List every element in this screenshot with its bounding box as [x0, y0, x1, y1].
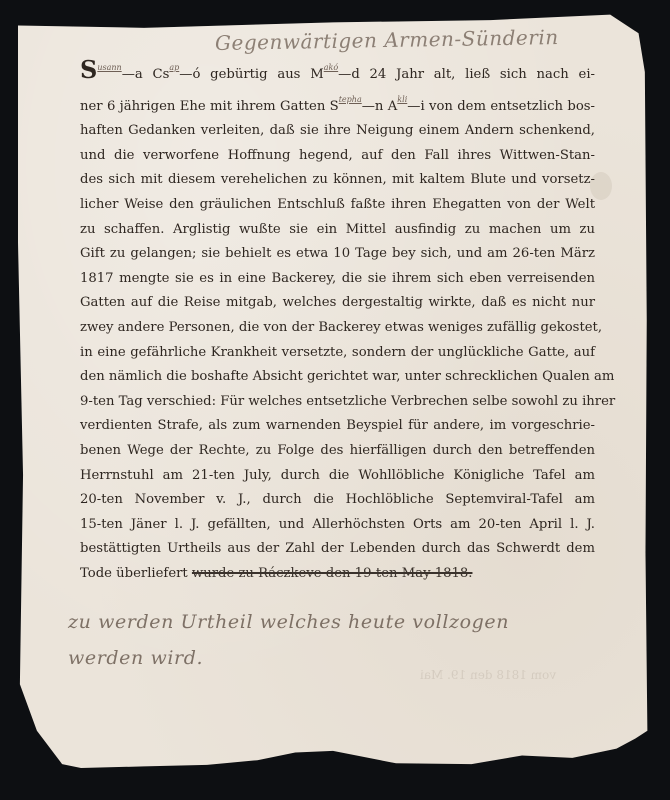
text-segment: ner 6 jährigen Ehe mit ihrem Gatten S	[80, 99, 339, 114]
text-segment: verdienten Strafe, als zum warnenden Bey…	[80, 418, 595, 433]
handwritten-name-insert: ap	[169, 63, 179, 72]
printed-line: bestättigten Urtheils aus der Zahl der L…	[80, 537, 595, 562]
handwritten-name-insert: tepha	[339, 95, 362, 104]
printed-line: zwey andere Personen, die von der Backer…	[80, 316, 595, 341]
printed-line: zu schaffen. Arglistig wußte sie ein Mit…	[80, 218, 595, 243]
printed-line: und die verworfene Hoffnung hegend, auf …	[80, 144, 595, 169]
text-segment: benen Wege der Rechte, zu Folge des hier…	[80, 443, 595, 458]
text-segment: bestättigten Urtheils aus der Zahl der L…	[80, 541, 595, 556]
printed-line: licher Weise den gräulichen Entschluß fa…	[80, 193, 595, 218]
struck-through-text: wurde zu Ráczkeve den 19-ten May 1818.	[192, 566, 473, 581]
printed-line: den nämlich die boshafte Absicht gericht…	[80, 365, 595, 390]
text-segment: zwey andere Personen, die von der Backer…	[80, 320, 602, 335]
handwritten-name-insert: kli	[397, 95, 407, 104]
text-segment: den nämlich die boshafte Absicht gericht…	[80, 369, 614, 384]
initial-letter: S	[80, 55, 97, 84]
bleed-through-text: vom 1818 den 19. Mai	[420, 668, 556, 682]
printed-verdict-text: Susann—a Csap—ó gebürtig aus Makó—d 24 J…	[80, 56, 595, 586]
text-segment: 15-ten Jäner l. J. gefällten, und Allerh…	[80, 517, 595, 532]
printed-line: 1817 mengte sie es in eine Backerey, die…	[80, 267, 595, 292]
handwritten-name-insert: usann	[97, 63, 121, 72]
text-segment: Gatten auf die Reise mitgab, welches der…	[80, 295, 595, 310]
printed-line: Gatten auf die Reise mitgab, welches der…	[80, 291, 595, 316]
printed-line: Gift zu gelangen; sie behielt es etwa 10…	[80, 242, 595, 267]
printed-line: Susann—a Csap—ó gebürtig aus Makó—d 24 J…	[80, 56, 595, 88]
text-segment: licher Weise den gräulichen Entschluß fa…	[80, 197, 595, 212]
handwritten-line: zu werden Urtheil welches heute vollzoge…	[68, 604, 628, 640]
text-segment: Gift zu gelangen; sie behielt es etwa 10…	[80, 246, 595, 261]
printed-line: des sich mit diesem verehelichen zu könn…	[80, 168, 595, 193]
handwritten-closing-note: zu werden Urtheil welches heute vollzoge…	[68, 604, 628, 676]
text-segment: 9-ten Tag verschied: Für welches entsetz…	[80, 394, 615, 409]
text-segment: —n A	[362, 99, 398, 114]
printed-line: Tode überliefert wurde zu Ráczkeve den 1…	[80, 562, 595, 587]
text-segment: —ó gebürtig aus M	[179, 67, 323, 82]
text-segment: und die verworfene Hoffnung hegend, auf …	[80, 148, 595, 163]
printed-line: ner 6 jährigen Ehe mit ihrem Gatten Step…	[80, 88, 595, 120]
text-segment: 20-ten November v. J., durch die Hochlöb…	[80, 492, 595, 507]
printed-line: 9-ten Tag verschied: Für welches entsetz…	[80, 390, 595, 415]
printed-line: 20-ten November v. J., durch die Hochlöb…	[80, 488, 595, 513]
text-segment: —d 24 Jahr alt, ließ sich nach ei-	[338, 67, 595, 82]
printed-line: Herrnstuhl am 21-ten July, durch die Woh…	[80, 464, 595, 489]
text-segment: 1817 mengte sie es in eine Backerey, die…	[80, 271, 595, 286]
text-segment: in eine gefährliche Krankheit versetzte,…	[80, 345, 595, 360]
text-segment: zu schaffen. Arglistig wußte sie ein Mit…	[80, 222, 595, 237]
text-segment: —i von dem entsetzlich bos-	[407, 99, 595, 114]
printed-line: verdienten Strafe, als zum warnenden Bey…	[80, 414, 595, 439]
printed-line: haften Gedanken verleiten, daß sie ihre …	[80, 119, 595, 144]
text-segment: des sich mit diesem verehelichen zu könn…	[80, 172, 595, 187]
handwritten-name-insert: akó	[324, 63, 338, 72]
text-segment: Tode überliefert	[80, 566, 192, 581]
text-segment: —a Cs	[122, 67, 170, 82]
text-segment: Herrnstuhl am 21-ten July, durch die Woh…	[80, 468, 595, 483]
printed-line: in eine gefährliche Krankheit versetzte,…	[80, 341, 595, 366]
printed-line: 15-ten Jäner l. J. gefällten, und Allerh…	[80, 513, 595, 538]
printed-line: benen Wege der Rechte, zu Folge des hier…	[80, 439, 595, 464]
text-segment: haften Gedanken verleiten, daß sie ihre …	[80, 123, 595, 138]
